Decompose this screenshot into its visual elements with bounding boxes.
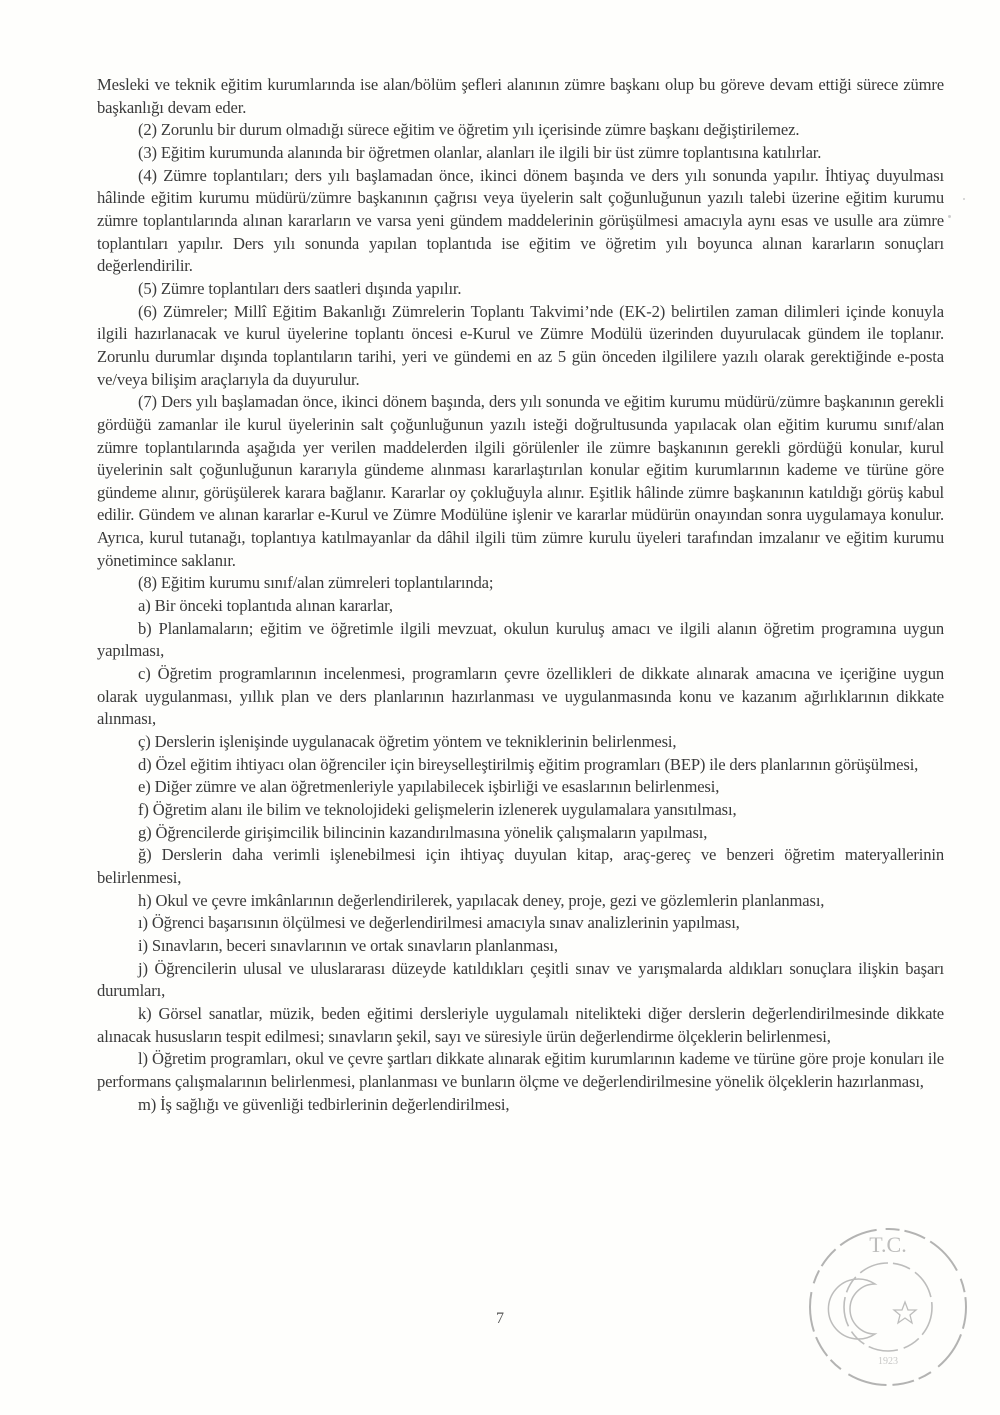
crescent-icon [828, 1279, 875, 1339]
seal-icon: T.C. 1923 [803, 1222, 973, 1392]
paragraph-4: (4) Zümre toplantıları; ders yılı başlam… [97, 165, 944, 278]
scan-speck [963, 198, 965, 200]
list-item-e: e) Diğer zümre ve alan öğretmenleriyle y… [97, 776, 944, 799]
list-item-a: a) Bir önceki toplantıda alınan kararlar… [97, 595, 944, 618]
list-item-gg: ğ) Derslerin daha verimli işlenebilmesi … [97, 844, 944, 889]
official-seal-stamp: T.C. 1923 [803, 1222, 973, 1392]
list-item-f: f) Öğretim alanı ile bilim ve teknolojid… [97, 799, 944, 822]
list-item-k: k) Görsel sanatlar, müzik, beden eğitimi… [97, 1003, 944, 1048]
seal-top-text: T.C. [869, 1232, 906, 1257]
list-item-i: i) Sınavların, beceri sınavlarının ve or… [97, 935, 944, 958]
paragraph-6: (6) Zümreler; Millî Eğitim Bakanlığı Züm… [97, 301, 944, 392]
star-icon [894, 1302, 916, 1323]
list-item-dotless-i: ı) Öğrenci başarısının ölçülmesi ve değe… [97, 912, 944, 935]
paragraph-8: (8) Eğitim kurumu sınıf/alan zümreleri t… [97, 572, 944, 595]
body-text: Mesleki ve teknik eğitim kurumlarında is… [97, 74, 944, 1116]
paragraph-2: (2) Zorunlu bir durum olmadığı sürece eğ… [97, 119, 944, 142]
list-item-m: m) İş sağlığı ve güvenliği tedbirlerinin… [97, 1094, 944, 1117]
list-item-j: j) Öğrencilerin ulusal ve uluslararası d… [97, 958, 944, 1003]
list-item-g: g) Öğrencilerde girişimcilik bilincinin … [97, 822, 944, 845]
paragraph-3: (3) Eğitim kurumunda alanında bir öğretm… [97, 142, 944, 165]
list-item-l: l) Öğretim programları, okul ve çevre şa… [97, 1048, 944, 1093]
paragraph-7: (7) Ders yılı başlamadan önce, ikinci dö… [97, 391, 944, 572]
list-item-d: d) Özel eğitim ihtiyacı olan öğrenciler … [97, 754, 944, 777]
paragraph-5: (5) Zümre toplantıları ders saatleri dış… [97, 278, 944, 301]
seal-year: 1923 [878, 1356, 898, 1367]
list-item-cc: ç) Derslerin işlenişinde uygulanacak öğr… [97, 731, 944, 754]
list-item-c: c) Öğretim programlarının incelenmesi, p… [97, 663, 944, 731]
scan-speck [948, 215, 951, 218]
document-page: Mesleki ve teknik eğitim kurumlarında is… [0, 0, 1000, 1415]
paragraph-continuation: Mesleki ve teknik eğitim kurumlarında is… [97, 74, 944, 119]
list-item-h: h) Okul ve çevre imkânlarının değerlendi… [97, 890, 944, 913]
list-item-b: b) Planlamaların; eğitim ve öğretimle il… [97, 618, 944, 663]
